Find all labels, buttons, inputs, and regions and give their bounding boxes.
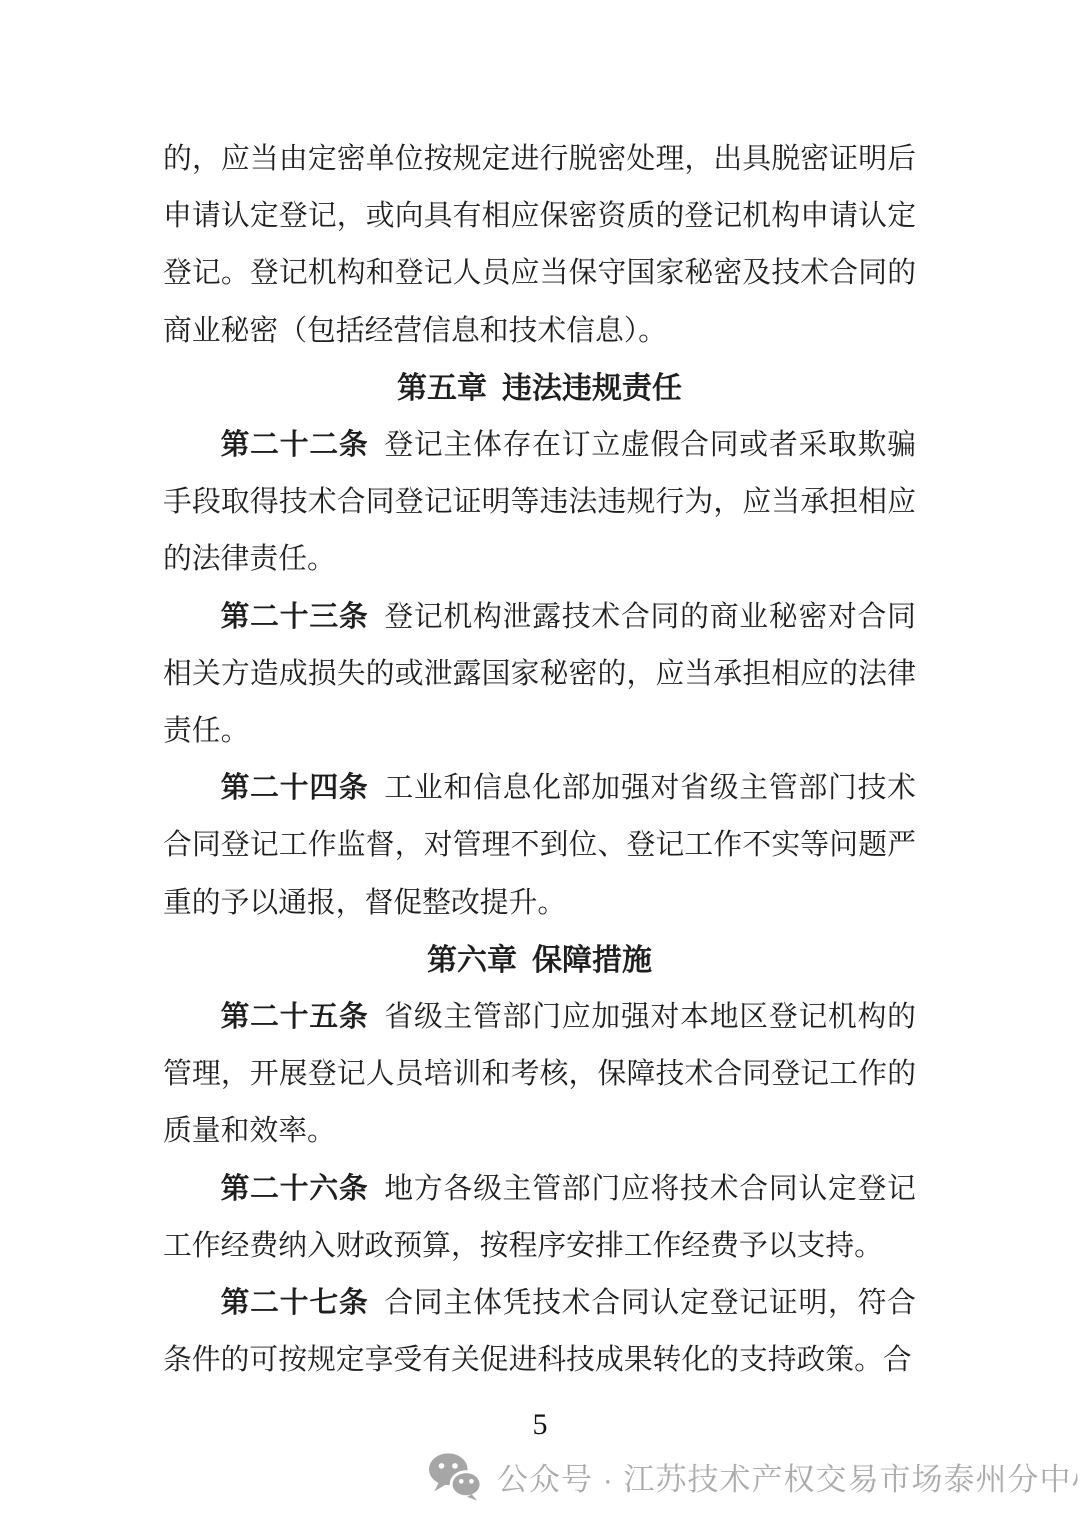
chapter-heading-text: 第五章 违法违规责任 [397, 372, 682, 405]
paragraph: 的，应当由定密单位按规定进行脱密处理，出具脱密证明后申请认定登记，或向具有相应保… [163, 131, 916, 360]
wechat-icon [428, 1450, 482, 1502]
article-number: 第二十五条 [221, 1001, 369, 1033]
chapter-heading: 第六章 保障措施 [163, 932, 916, 989]
article-number: 第二十七条 [221, 1287, 369, 1319]
watermark-text: 公众号 · 江苏技术产权交易市场泰州分中心 [497, 1454, 1080, 1499]
article-number: 第二十四条 [221, 772, 369, 804]
article-number: 第二十二条 [221, 429, 369, 461]
paragraph: 第二十二条登记主体存在订立虚假合同或者采取欺骗手段取得技术合同登记证明等违法违规… [163, 417, 916, 589]
chapter-heading-text: 第六章 保障措施 [427, 944, 652, 977]
page-number: 5 [0, 1408, 1080, 1442]
paragraph-text: 的，应当由定密单位按规定进行脱密处理，出具脱密证明后申请认定登记，或向具有相应保… [163, 143, 916, 347]
paragraph: 第二十四条工业和信息化部加强对省级主管部门技术合同登记工作监督，对管理不到位、登… [163, 760, 916, 932]
document-page: 的，应当由定密单位按规定进行脱密处理，出具脱密证明后申请认定登记，或向具有相应保… [0, 0, 1080, 1527]
document-body: 的，应当由定密单位按规定进行脱密处理，出具脱密证明后申请认定登记，或向具有相应保… [163, 131, 916, 1389]
chapter-heading: 第五章 违法违规责任 [163, 360, 916, 417]
watermark: 公众号 · 江苏技术产权交易市场泰州分中心 [428, 1448, 1080, 1504]
paragraph: 第二十七条合同主体凭技术合同认定登记证明，符合条件的可按规定享受有关促进科技成果… [163, 1275, 916, 1389]
article-number: 第二十三条 [221, 601, 369, 633]
paragraph: 第二十三条登记机构泄露技术合同的商业秘密对合同相关方造成损失的或泄露国家秘密的，… [163, 589, 916, 761]
paragraph: 第二十五条省级主管部门应加强对本地区登记机构的管理，开展登记人员培训和考核，保障… [163, 989, 916, 1161]
article-number: 第二十六条 [221, 1173, 369, 1205]
paragraph: 第二十六条地方各级主管部门应将技术合同认定登记工作经费纳入财政预算，按程序安排工… [163, 1161, 916, 1275]
